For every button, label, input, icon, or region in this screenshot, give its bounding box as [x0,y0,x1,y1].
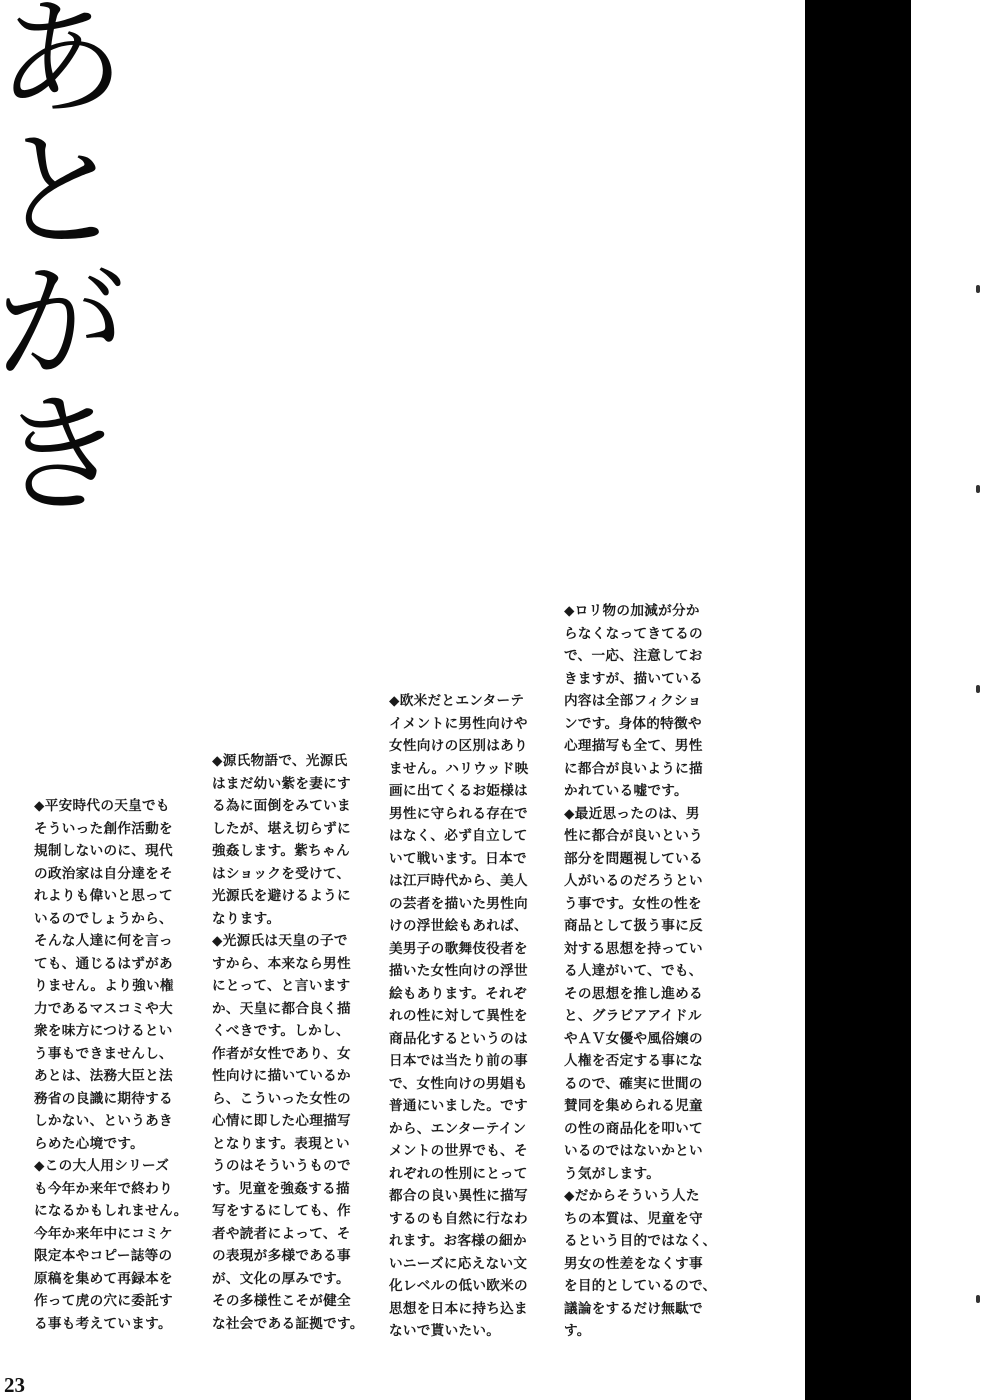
paragraph: ◆源氏物語で、光源氏 はまだ幼い紫を妻にす る為に面倒をみていま したが、堪え切… [212,750,374,930]
scan-mark [976,685,980,693]
text-column-4: ◆ロリ物の加減が分か らなくなってきてるの で、一応、注意してお きますが、描い… [564,600,726,1343]
paragraph: ◆ロリ物の加減が分か らなくなってきてるの で、一応、注意してお きますが、描い… [564,600,726,803]
title-char: が [0,258,125,390]
paragraph: ◆この大人用シリーズ も今年か来年で終わり になるかもしれません。 今年か来年中… [34,1155,196,1335]
page-number: 23 [4,1373,25,1398]
paragraph: ◆光源氏は天皇の子で すから、本来なら男性 にとって、と言います か、天皇に都合… [212,930,374,1335]
title-char: と [0,126,125,258]
title-char: き [0,390,125,522]
text-column-3: ◆欧米だとエンターテ イメントに男性向けや 女性向けの区別はあり ません。ハリウ… [389,690,551,1343]
scan-mark [976,285,980,293]
text-column-2: ◆源氏物語で、光源氏 はまだ幼い紫を妻にす る為に面倒をみていま したが、堪え切… [212,750,374,1335]
paragraph: ◆欧米だとエンターテ イメントに男性向けや 女性向けの区別はあり ません。ハリウ… [389,690,551,1343]
title-char: あ [0,0,125,126]
text-column-1: ◆平安時代の天皇でも そういった創作活動を 規制しないのに、現代 の政治家は自分… [34,795,196,1335]
paragraph: ◆最近思ったのは、男 性に都合が良いという 部分を問題視している 人がいるのだろ… [564,803,726,1186]
paragraph: ◆だからそういう人た ちの本質は、児童を守 るという目的ではなく、 男女の性差を… [564,1185,726,1343]
scan-mark [976,1295,980,1303]
page-title: あ と が き [0,0,126,522]
binding-black-bar [805,0,911,1400]
paragraph: ◆平安時代の天皇でも そういった創作活動を 規制しないのに、現代 の政治家は自分… [34,795,196,1155]
scan-mark [976,485,980,493]
